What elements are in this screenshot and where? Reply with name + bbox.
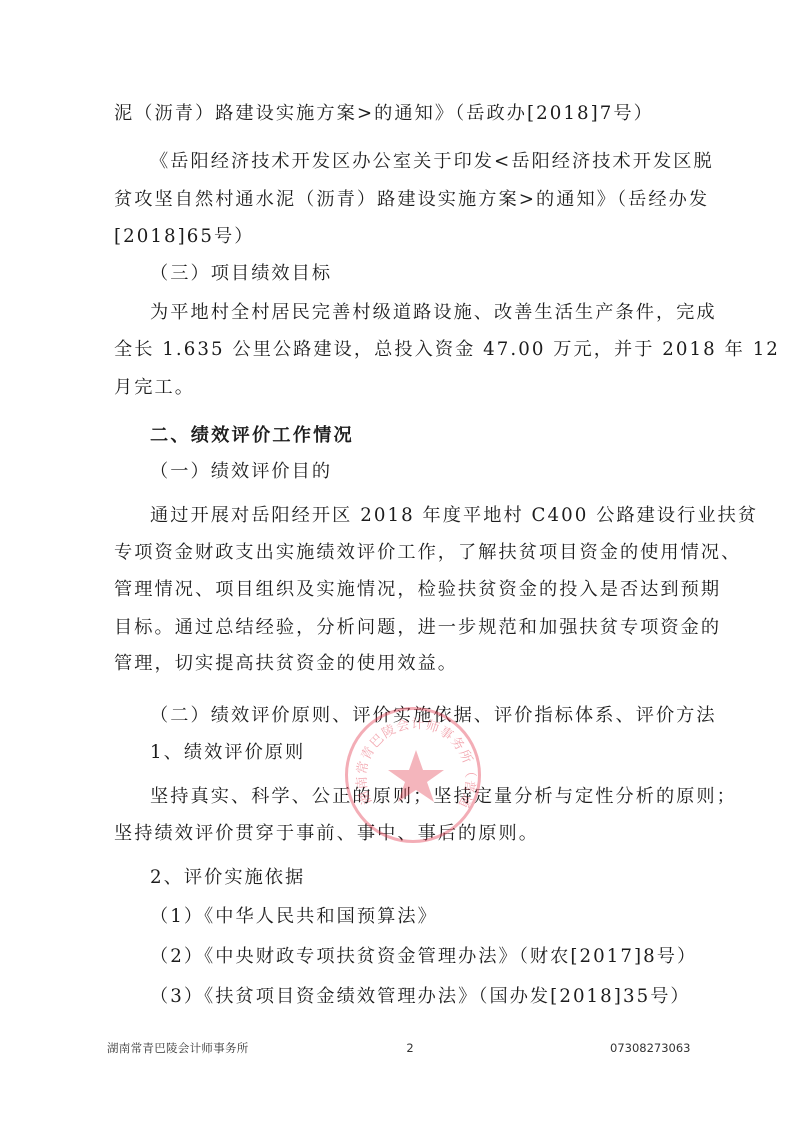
paragraph-line: 坚持绩效评价贯穿于事前、事中、事后的原则。 xyxy=(114,822,694,846)
list-item: （1）《中华人民共和国预算法》 xyxy=(150,905,730,929)
footer-phone: 07308273063 xyxy=(610,1040,690,1056)
paragraph-line: 为平地村全村居民完善村级道路设施、改善生活生产条件，完成 xyxy=(150,301,730,325)
section-heading-3: （三）项目绩效目标 xyxy=(150,262,730,286)
paragraph-line: 全长 1.635 公里公路建设，总投入资金 47.00 万元，并于 2018 年… xyxy=(114,338,694,362)
paragraph-line: 目标。通过总结经验，分析问题，进一步规范和加强扶贫专项资金的 xyxy=(114,616,694,640)
document-page: 泥（沥青）路建设实施方案>的通知》（岳政办[2018]7号） 《岳阳经济技术开发… xyxy=(0,0,793,1121)
footer-page-number: 2 xyxy=(360,1040,460,1056)
list-item: （3）《扶贫项目资金绩效管理办法》（国办发[2018]35号） xyxy=(150,985,730,1009)
paragraph-line: 通过开展对岳阳经开区 2018 年度平地村 C400 公路建设行业扶贫 xyxy=(150,504,730,528)
paragraph-line: 管理情况、项目组织及实施情况，检验扶贫资金的投入是否达到预期 xyxy=(114,578,694,602)
paragraph-line: [2018]65号） xyxy=(114,225,694,249)
item-heading-1: 1、绩效评价原则 xyxy=(150,741,730,765)
item-heading-2: 2、评价实施依据 xyxy=(150,866,730,890)
paragraph-line: 管理，切实提高扶贫资金的使用效益。 xyxy=(114,652,694,676)
paragraph-line: 月完工。 xyxy=(114,376,694,400)
subsection-heading-2: （二）绩效评价原则、评价实施依据、评价指标体系、评价方法 xyxy=(150,704,730,728)
paragraph-line: 《岳阳经济技术开发区办公室关于印发<岳阳经济技术开发区脱 xyxy=(150,150,730,174)
section-heading-2: 二、绩效评价工作情况 xyxy=(150,424,730,448)
list-item: （2）《中央财政专项扶贫资金管理办法》（财农[2017]8号） xyxy=(150,945,730,969)
paragraph-line: 专项资金财政支出实施绩效评价工作，了解扶贫项目资金的使用情况、 xyxy=(114,541,694,565)
paragraph-line: 坚持真实、科学、公正的原则；坚持定量分析与定性分析的原则； xyxy=(150,785,730,809)
paragraph-line: 贫攻坚自然村通水泥（沥青）路建设实施方案>的通知》（岳经办发 xyxy=(114,188,694,212)
paragraph-line: 泥（沥青）路建设实施方案>的通知》（岳政办[2018]7号） xyxy=(114,102,694,126)
footer-firm-name: 湖南常青巴陵会计师事务所 xyxy=(107,1040,249,1056)
subsection-heading-1: （一）绩效评价目的 xyxy=(150,460,730,484)
